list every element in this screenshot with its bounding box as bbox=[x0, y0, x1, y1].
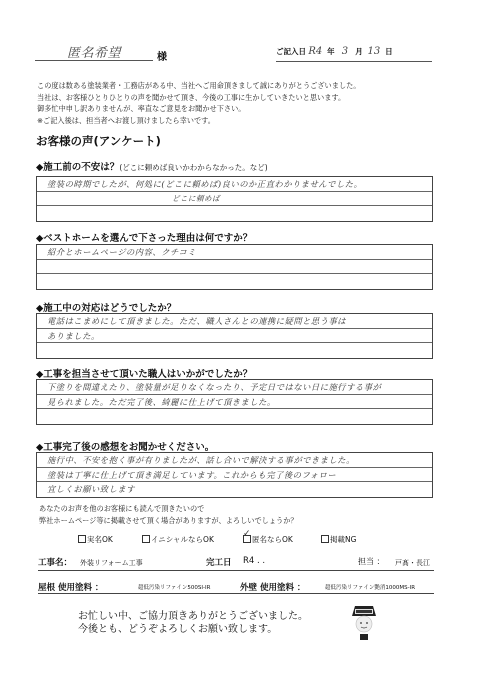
roof-paint-value: 超低汚染リファイン500SI-IR bbox=[138, 583, 210, 591]
answer-text: 紹介とホームページの内容、クチコミ bbox=[47, 246, 196, 258]
answer-row: 見られました。ただ完了後、綺麗に仕上げて頂きました。 bbox=[37, 395, 432, 410]
checkbox[interactable] bbox=[78, 535, 86, 543]
question-2-label: ◆ベストホームを選んで下さった理由は何ですか？ bbox=[36, 230, 252, 244]
intro-line: この度は数ある塗装業者・工務店がある中、当社へご用命頂きまして誠にありがとうござ… bbox=[37, 80, 360, 92]
honorific: 様 bbox=[157, 48, 167, 63]
answer-text: ありました。 bbox=[47, 330, 100, 342]
answer-box-3[interactable]: 電話はこまめにして頂きました。ただ、職人さんとの連携に疑問と思う事は ありました… bbox=[36, 313, 433, 359]
date-month: 3 bbox=[342, 46, 348, 57]
customer-name: 匿名希望 bbox=[67, 42, 121, 61]
intro-text: この度は数ある塗装業者・工務店がある中、当社へご用命頂きまして誠にありがとうござ… bbox=[37, 80, 360, 126]
entry-date[interactable]: ご記入日 R4 年 3 月 13 日 bbox=[276, 46, 432, 62]
answer-row: 下塗りを間違えたり、塗装量が足りなくなったり、予定日ではない日に施行する事が bbox=[37, 380, 432, 395]
wall-paint-label: 外壁 使用塗料 ： bbox=[240, 581, 305, 593]
answer-text: 下塗りを間違えたり、塗装量が足りなくなったり、予定日ではない日に施行する事が bbox=[47, 381, 381, 393]
answer-row bbox=[37, 274, 432, 289]
question-5-label: ◆工事完了後の感想をお聞かせください。 bbox=[36, 439, 214, 453]
answer-box-2[interactable]: 紹介とホームページの内容、クチコミ bbox=[36, 244, 433, 290]
answer-text: 塗装の時期でしたが、何処に(どこに頼めば)良いのか正直わかりませんでした。 bbox=[47, 178, 362, 190]
intro-line: 御多忙中申し訳ありませんが、率直なご意見をお聞かせ下さい。 bbox=[37, 103, 360, 115]
publish-question-line: 弊社ホームページ等に掲載させて頂く場合がありますが、よろしいでしょうか？ bbox=[39, 515, 298, 527]
answer-text: 施行中、不安を抱く事が有りましたが、話し合いで解決する事ができました。 bbox=[47, 454, 355, 466]
answer-row: 宜しくお願い致します bbox=[37, 482, 432, 497]
answer-row: 塗装の時期でしたが、何処に(どこに頼めば)良いのか正直わかりませんでした。 bbox=[37, 177, 432, 192]
question-3-label: ◆施工中の対応はどうでしたか？ bbox=[36, 300, 176, 314]
intro-line: ※ご記入後は、担当者へお渡し頂けましたら幸いです。 bbox=[37, 115, 360, 127]
question-4-label: ◆工事を担当させて頂いた職人はいかがでしたか？ bbox=[36, 366, 252, 380]
completion-value: R4 . . bbox=[243, 556, 265, 566]
closing-line: お忙しい中、ご協力頂きありがとうございました。 bbox=[78, 610, 308, 623]
answer-row: どこに頼めば bbox=[37, 192, 432, 207]
year-label: 年 bbox=[327, 47, 335, 56]
publish-question-line: あなたのお声を他のお客様にも読んで頂きたいので bbox=[39, 503, 298, 515]
answer-box-4[interactable]: 下塗りを間違えたり、塗装量が足りなくなったり、予定日ではない日に施行する事が 見… bbox=[36, 379, 433, 425]
staff-value: 戸髙・長江 bbox=[395, 558, 430, 568]
wall-paint-value: 超低汚染リファイン艶消1000MS-IR bbox=[325, 583, 415, 591]
answer-row bbox=[37, 409, 432, 424]
checkbox[interactable] bbox=[321, 535, 329, 543]
question-text: ◆施工前の不安は？ bbox=[36, 162, 119, 173]
roof-paint-label: 屋根 使用塗料 ： bbox=[38, 581, 103, 593]
answer-text: 電話はこまめにして頂きました。ただ、職人さんとの連携に疑問と思う事は bbox=[47, 315, 346, 327]
answer-row: 電話はこまめにして頂きました。ただ、職人さんとの連携に疑問と思う事は bbox=[37, 314, 432, 329]
option-label: 匿名ならOK bbox=[252, 535, 293, 544]
work-name-label: 工事名： bbox=[38, 556, 72, 568]
answer-text: 宜しくお願い致します bbox=[47, 483, 135, 495]
answer-row: 施行中、不安を抱く事が有りましたが、話し合いで解決する事ができました。 bbox=[37, 453, 432, 468]
answer-text: 塗装は丁寧に仕上げて頂き満足しています。これからも完了後のフォロー bbox=[47, 469, 336, 481]
option-real-name[interactable]: 実名OK bbox=[78, 534, 113, 545]
checkbox-checked[interactable]: ✓ bbox=[243, 535, 251, 543]
work-info: 工事名： 外装リフォーム工事 完工日 R4 . . 担当 ： 戸髙・長江 bbox=[38, 555, 434, 571]
answer-row bbox=[37, 206, 432, 221]
answer-text: 見られました。ただ完了後、綺麗に仕上げて頂きました。 bbox=[47, 396, 276, 408]
work-name-value: 外装リフォーム工事 bbox=[80, 558, 143, 568]
answer-row bbox=[37, 343, 432, 358]
publish-options: 実名OK イニシャルならOK ✓匿名ならOK 掲載NG bbox=[78, 534, 378, 546]
survey-title: お客様の声(アンケート) bbox=[36, 133, 161, 149]
answer-row: 塗装は丁寧に仕上げて頂き満足しています。これからも完了後のフォロー bbox=[37, 468, 432, 483]
paint-info: 屋根 使用塗料 ： 超低汚染リファイン500SI-IR 外壁 使用塗料 ： 超低… bbox=[38, 581, 434, 594]
option-label: 掲載NG bbox=[330, 535, 356, 544]
answer-row: 紹介とホームページの内容、クチコミ bbox=[37, 245, 432, 260]
staff-label: 担当 ： bbox=[358, 556, 385, 567]
option-initials[interactable]: イニシャルならOK bbox=[142, 534, 214, 545]
customer-name-field[interactable]: 匿名希望 bbox=[35, 41, 153, 61]
option-anonymous[interactable]: ✓匿名ならOK bbox=[243, 534, 293, 545]
checkbox[interactable] bbox=[142, 535, 150, 543]
closing-line: 今後とも、どうぞよろしくお願い致します。 bbox=[78, 623, 308, 636]
question-hint: (どこに頼めば良いかわからなかった。など) bbox=[119, 163, 267, 172]
answer-box-1[interactable]: 塗装の時期でしたが、何処に(どこに頼めば)良いのか正直わかりませんでした。 どこ… bbox=[36, 176, 433, 222]
answer-row bbox=[37, 260, 432, 275]
publish-question: あなたのお声を他のお客様にも読んで頂きたいので 弊社ホームページ等に掲載させて頂… bbox=[39, 503, 298, 526]
day-label: 日 bbox=[385, 47, 393, 56]
option-no-publish[interactable]: 掲載NG bbox=[321, 534, 356, 545]
check-mark-icon: ✓ bbox=[243, 529, 251, 539]
house-mascot-icon bbox=[349, 604, 379, 644]
question-1-label: ◆施工前の不安は？(どこに頼めば良いかわからなかった。など) bbox=[36, 159, 268, 173]
completion-label: 完工日 bbox=[206, 556, 232, 568]
answer-insertion: どこに頼めば bbox=[172, 193, 220, 204]
intro-line: 当社は、お客様ひとりひとりの声を聞かせて頂き、今後の工事に生かしていきたいと思い… bbox=[37, 92, 360, 104]
answer-row: ありました。 bbox=[37, 329, 432, 344]
date-label: ご記入日 bbox=[276, 47, 306, 56]
date-day: 13 bbox=[368, 46, 381, 57]
option-label: イニシャルならOK bbox=[151, 535, 214, 544]
date-era: R4 bbox=[308, 46, 322, 57]
answer-box-5[interactable]: 施行中、不安を抱く事が有りましたが、話し合いで解決する事ができました。 塗装は丁… bbox=[36, 452, 433, 498]
month-label: 月 bbox=[355, 47, 363, 56]
option-label: 実名OK bbox=[87, 535, 113, 544]
closing-message: お忙しい中、ご協力頂きありがとうございました。 今後とも、どうぞよろしくお願い致… bbox=[78, 610, 308, 636]
